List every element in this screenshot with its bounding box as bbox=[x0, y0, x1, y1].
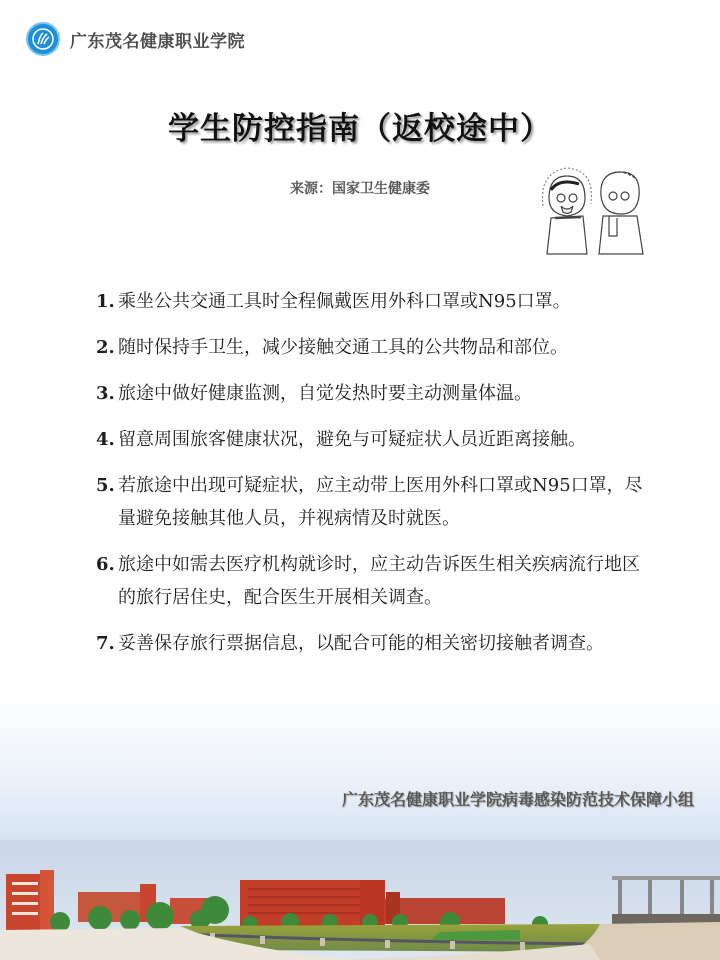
header: 广东茂名健康职业学院 bbox=[26, 22, 245, 56]
guideline-item: 7.妥善保存旅行票据信息，以配合可能的相关密切接触者调查。 bbox=[96, 627, 656, 660]
guideline-item: 6.旅途中如需去医疗机构就诊时，应主动告诉医生相关疾病流行地区的旅行居住史，配合… bbox=[96, 548, 656, 614]
campus-panorama-photo bbox=[0, 840, 720, 960]
school-name: 广东茂名健康职业学院 bbox=[70, 27, 245, 52]
source-label: 来源：国家卫生健康委 bbox=[260, 178, 460, 198]
guideline-item: 5.若旅途中出现可疑症状，应主动带上医用外科口罩或N95口罩，尽量避免接触其他人… bbox=[96, 469, 656, 535]
cartoon-illustration bbox=[525, 158, 655, 258]
footer-signature: 广东茂名健康职业学院病毒感染防范技术保障小组 bbox=[342, 787, 694, 810]
guideline-list: 1.乘坐公共交通工具时全程佩戴医用外科口罩或N95口罩。 2.随时保持手卫生，减… bbox=[96, 285, 656, 673]
guideline-item: 4.留意周围旅客健康状况，避免与可疑症状人员近距离接触。 bbox=[96, 423, 656, 456]
page-title: 学生防控指南（返校途中） bbox=[0, 103, 720, 148]
guideline-item: 1.乘坐公共交通工具时全程佩戴医用外科口罩或N95口罩。 bbox=[96, 285, 656, 318]
guideline-item: 2.随时保持手卫生，减少接触交通工具的公共物品和部位。 bbox=[96, 331, 656, 364]
college-emblem-icon bbox=[26, 22, 60, 56]
guideline-item: 3.旅途中做好健康监测，自觉发热时要主动测量体温。 bbox=[96, 377, 656, 410]
